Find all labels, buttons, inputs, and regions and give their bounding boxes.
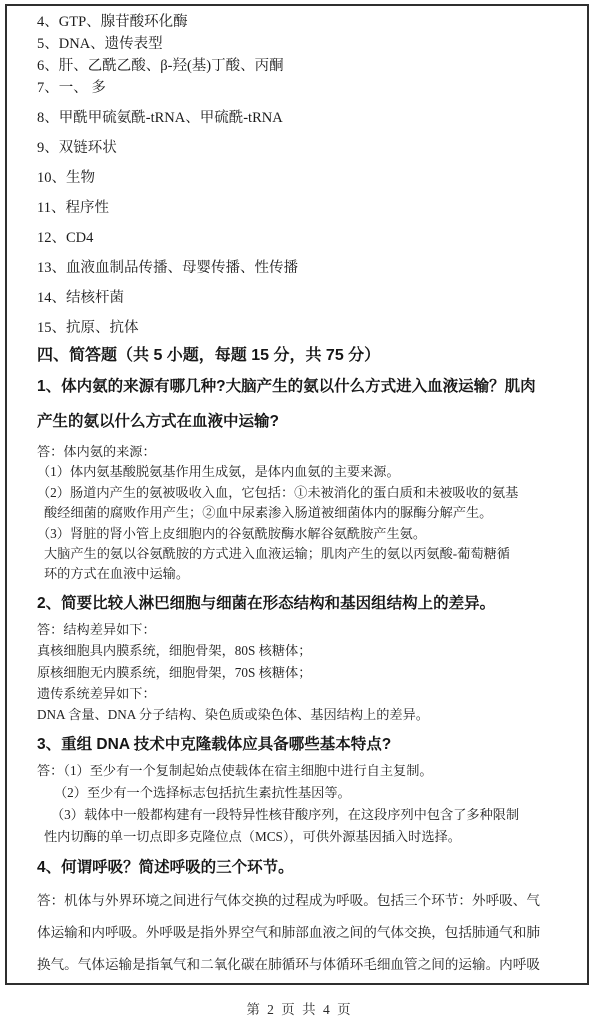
- q1-answer-line-2: （1）体内氨基酸脱氨基作用生成氨，是体内血氨的主要来源。: [37, 462, 565, 482]
- question-1-answer: 答：体内氨的来源： （1）体内氨基酸脱氨基作用生成氨，是体内血氨的主要来源。 （…: [37, 442, 565, 585]
- fill-answer-14: 14、结核杆菌: [37, 287, 565, 309]
- q1-answer-line-3: （2）肠道内产生的氨被吸收入血，它包括：①未被消化的蛋白质和未被吸收的氨基: [37, 483, 565, 503]
- fill-answer-5: 5、DNA、遗传表型: [37, 33, 565, 55]
- question-3-answer: 答：（1）至少有一个复制起始点使载体在宿主细胞中进行自主复制。 （2）至少有一个…: [37, 760, 565, 848]
- content-border: 4、GTP、腺苷酸环化酶 5、DNA、遗传表型 6、肝、乙酰乙酸、β-羟(基)丁…: [5, 4, 589, 985]
- q4-answer-line-2: 体运输和内呼吸。外呼吸是指外界空气和肺部血液之间的气体交换，包括肺通气和肺: [37, 917, 565, 949]
- q2-answer-line-3: 原核细胞无内膜系统，细胞骨架，70S 核糖体；: [37, 662, 565, 683]
- question-2-block: 2、简要比较人淋巴细胞与细菌在形态结构和基因组结构上的差异。 答：结构差异如下：…: [37, 591, 565, 726]
- page-number-footer: 第 2 页 共 4 页: [0, 998, 599, 1018]
- q1-answer-line-7: 环的方式在血液中运输。: [37, 564, 565, 584]
- q4-answer-line-1: 答：机体与外界环境之间进行气体交换的过程成为呼吸。包括三个环节：外呼吸、气: [37, 885, 565, 917]
- fill-answer-15: 15、抗原、抗体: [37, 317, 565, 339]
- fill-answer-12: 12、CD4: [37, 227, 565, 249]
- q1-answer-line-4: 酸经细菌的腐败作用产生；②血中尿素渗入肠道被细菌体内的脲酶分解产生。: [37, 503, 565, 523]
- fill-answer-4: 4、GTP、腺苷酸环化酶: [37, 11, 565, 33]
- fill-answer-6: 6、肝、乙酰乙酸、β-羟(基)丁酸、丙酮: [37, 55, 565, 77]
- section-heading-short-answer: 四、简答题（共 5 小题，每题 15 分，共 75 分）: [37, 343, 565, 369]
- fill-in-answers-block: 4、GTP、腺苷酸环化酶 5、DNA、遗传表型 6、肝、乙酰乙酸、β-羟(基)丁…: [37, 11, 565, 339]
- question-4-block: 4、何谓呼吸？简述呼吸的三个环节。 答：机体与外界环境之间进行气体交换的过程成为…: [37, 855, 565, 981]
- q4-answer-line-3: 换气。气体运输是指氧气和二氧化碳在肺循环与体循环毛细血管之间的运输。内呼吸: [37, 949, 565, 981]
- q3-answer-line-4: 性内切酶的单一切点即多克隆位点（MCS），可供外源基因插入时选择。: [37, 826, 565, 848]
- question-1-block: 1、体内氨的来源有哪几种?大脑产生的氨以什么方式进入血液运输？肌肉 产生的氨以什…: [37, 369, 565, 585]
- q1-answer-line-1: 答：体内氨的来源：: [37, 442, 565, 462]
- q2-answer-line-1: 答：结构差异如下：: [37, 619, 565, 640]
- exam-answer-page: 4、GTP、腺苷酸环化酶 5、DNA、遗传表型 6、肝、乙酰乙酸、β-羟(基)丁…: [0, 0, 599, 1029]
- question-1-heading-line-1: 1、体内氨的来源有哪几种?大脑产生的氨以什么方式进入血液运输？肌肉: [37, 369, 565, 404]
- question-2-answer: 答：结构差异如下： 真核细胞具内膜系统，细胞骨架，80S 核糖体； 原核细胞无内…: [37, 619, 565, 726]
- q3-answer-line-2: （2）至少有一个选择标志包括抗生素抗性基因等。: [37, 782, 565, 804]
- fill-answer-7: 7、一、 多: [37, 77, 565, 99]
- question-3-heading: 3、重组 DNA 技术中克隆载体应具备哪些基本特点?: [37, 732, 565, 758]
- q3-answer-line-1: 答：（1）至少有一个复制起始点使载体在宿主细胞中进行自主复制。: [37, 760, 565, 782]
- question-2-heading: 2、简要比较人淋巴细胞与细菌在形态结构和基因组结构上的差异。: [37, 591, 565, 617]
- question-4-heading: 4、何谓呼吸？简述呼吸的三个环节。: [37, 855, 565, 881]
- q2-answer-line-4: 遗传系统差异如下：: [37, 683, 565, 704]
- question-4-answer: 答：机体与外界环境之间进行气体交换的过程成为呼吸。包括三个环节：外呼吸、气 体运…: [37, 885, 565, 981]
- q3-answer-line-3: （3）载体中一般都构建有一段特异性核苷酸序列，在这段序列中包含了多种限制: [37, 804, 565, 826]
- question-1-heading-line-2: 产生的氨以什么方式在血液中运输?: [37, 404, 565, 439]
- q1-answer-line-5: （3）肾脏的肾小管上皮细胞内的谷氨酰胺酶水解谷氨酰胺产生氨。: [37, 524, 565, 544]
- fill-answer-10: 10、生物: [37, 167, 565, 189]
- fill-answer-11: 11、程序性: [37, 197, 565, 219]
- fill-answer-8: 8、甲酰甲硫氨酰-tRNA、甲硫酰-tRNA: [37, 107, 565, 129]
- question-3-block: 3、重组 DNA 技术中克隆载体应具备哪些基本特点? 答：（1）至少有一个复制起…: [37, 732, 565, 848]
- q1-answer-line-6: 大脑产生的氨以谷氨酰胺的方式进入血液运输；肌肉产生的氨以丙氨酸-葡萄糖循: [37, 544, 565, 564]
- q2-answer-line-2: 真核细胞具内膜系统，细胞骨架，80S 核糖体；: [37, 640, 565, 661]
- fill-answer-13: 13、血液血制品传播、母婴传播、性传播: [37, 257, 565, 279]
- q2-answer-line-5: DNA 含量、DNA 分子结构、染色质或染色体、基因结构上的差异。: [37, 704, 565, 725]
- fill-answer-9: 9、双链环状: [37, 137, 565, 159]
